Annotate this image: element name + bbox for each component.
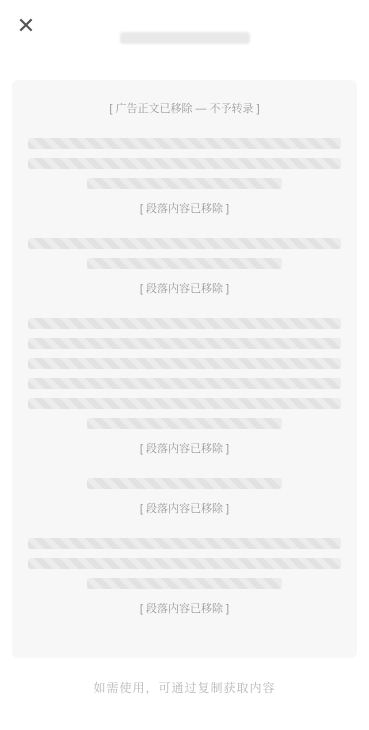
redacted-text-line [28, 538, 341, 549]
redacted-text-line [28, 318, 341, 329]
redacted-text-line [28, 238, 341, 249]
redacted-paragraph: [ 段落内容已移除 ] [28, 238, 341, 296]
redacted-text-line [28, 398, 341, 409]
redacted-text-line [87, 258, 281, 269]
redacted-paragraph: [ 段落内容已移除 ] [28, 138, 341, 216]
redacted-text-line [28, 558, 341, 569]
mobile-screen: ✕ [ 广告正文已移除 — 不予转录 ] [ 段落内容已移除 ][ 段落内容已移… [0, 0, 369, 730]
redacted-paragraph: [ 段落内容已移除 ] [28, 318, 341, 456]
close-icon[interactable]: ✕ [12, 12, 40, 40]
redaction-notice: [ 广告正文已移除 — 不予转录 ] [28, 100, 341, 116]
redacted-text-line [87, 418, 281, 429]
redacted-text-line [87, 478, 281, 489]
redacted-text-line [87, 578, 281, 589]
content-card: [ 广告正文已移除 — 不予转录 ] [ 段落内容已移除 ][ 段落内容已移除 … [12, 80, 357, 658]
footer-bar: 如需使用，可通过复制获取内容 [0, 672, 369, 702]
page-title-blurred [120, 32, 250, 44]
redacted-text-line [28, 378, 341, 389]
redacted-paragraph-label: [ 段落内容已移除 ] [140, 440, 229, 456]
redacted-text-line [87, 178, 281, 189]
redacted-text-line [28, 158, 341, 169]
redacted-paragraph: [ 段落内容已移除 ] [28, 478, 341, 516]
redacted-paragraph-label: [ 段落内容已移除 ] [140, 600, 229, 616]
redacted-paragraphs: [ 段落内容已移除 ][ 段落内容已移除 ][ 段落内容已移除 ][ 段落内容已… [28, 138, 341, 616]
redacted-paragraph-label: [ 段落内容已移除 ] [140, 280, 229, 296]
redacted-text-line [28, 358, 341, 369]
redacted-text-line [28, 138, 341, 149]
redacted-paragraph: [ 段落内容已移除 ] [28, 538, 341, 616]
redacted-text-line [28, 338, 341, 349]
footer-hint: 如需使用，可通过复制获取内容 [93, 679, 275, 696]
redacted-paragraph-label: [ 段落内容已移除 ] [140, 500, 229, 516]
redacted-paragraph-label: [ 段落内容已移除 ] [140, 200, 229, 216]
